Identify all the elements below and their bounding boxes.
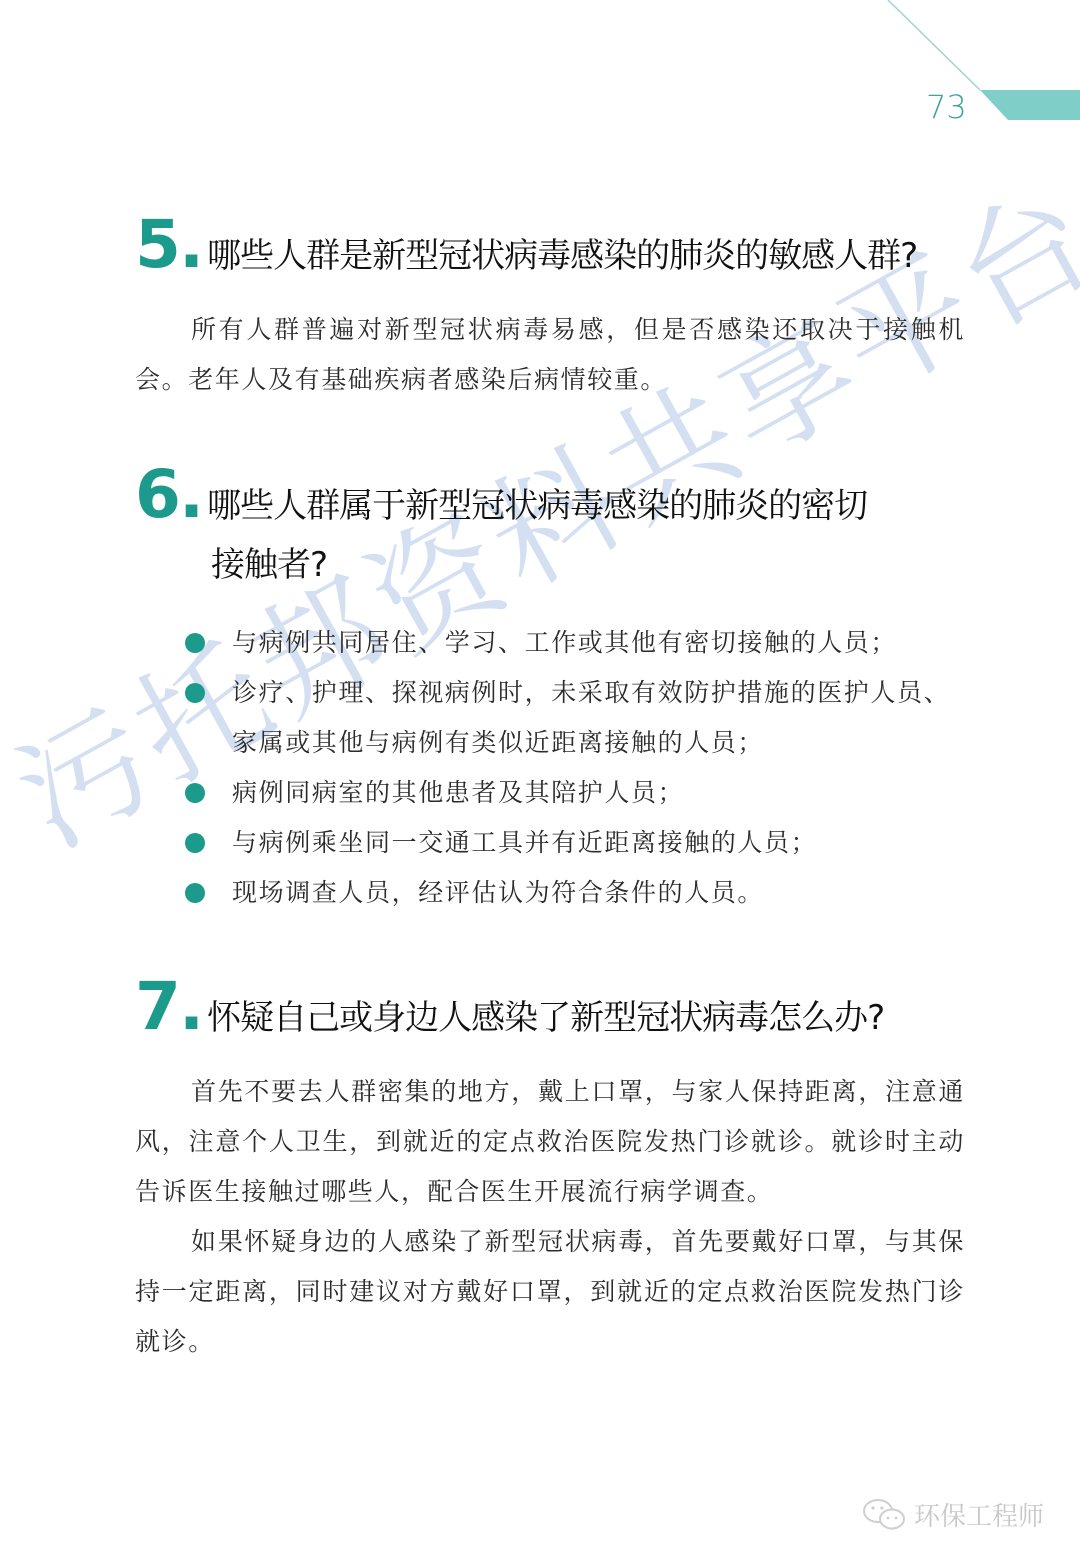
list-item: 现场调查人员，经评估认为符合条件的人员。 [182, 868, 972, 918]
section-number: 6. [135, 456, 202, 533]
bullet-icon [185, 633, 205, 653]
brand-name: 环保工程师 [914, 1496, 1044, 1533]
list-item: 与病例乘坐同一交通工具并有近距离接触的人员； [182, 818, 972, 868]
page-number: 73 [926, 88, 967, 126]
bullet-icon [185, 833, 205, 853]
list-item: 诊疗、护理、探视病例时，未采取有效防护措施的医护人员、家属或其他与病例有类似近距… [182, 668, 972, 768]
section-7-paragraph-1: 首先不要去人群密集的地方，戴上口罩，与家人保持距离，注意通风，注意个人卫生，到就… [135, 1067, 965, 1217]
list-item: 病例同病室的其他患者及其陪护人员； [182, 768, 972, 818]
bullet-icon [185, 883, 205, 903]
section-6-heading: 6. 哪些人群属于新型冠状病毒感染的肺炎的密切 接触者? [135, 456, 867, 586]
section-number: 7. [135, 968, 202, 1045]
contact-list: 与病例共同居住、学习、工作或其他有密切接触的人员； 诊疗、护理、探视病例时，未采… [182, 618, 972, 918]
footer-brand: 环保工程师 [862, 1496, 1044, 1533]
section-title: 哪些人群是新型冠状病毒感染的肺炎的敏感人群? [207, 236, 917, 276]
section-7-paragraph-2: 如果怀疑身边的人感染了新型冠状病毒，首先要戴好口罩，与其保持一定距离，同时建议对… [135, 1217, 965, 1367]
bullet-icon [185, 783, 205, 803]
section-number: 5. [135, 206, 202, 283]
section-title-line2: 接触者? [211, 537, 867, 586]
section-5-heading: 5. 哪些人群是新型冠状病毒感染的肺炎的敏感人群? [135, 206, 917, 283]
list-item: 与病例共同居住、学习、工作或其他有密切接触的人员； [182, 618, 972, 668]
section-title-line1: 哪些人群属于新型冠状病毒感染的肺炎的密切 [207, 486, 867, 526]
section-7-heading: 7. 怀疑自己或身边人感染了新型冠状病毒怎么办? [135, 968, 884, 1045]
section-5-paragraph: 所有人群普遍对新型冠状病毒易感，但是否感染还取决于接触机会。老年人及有基础疾病者… [135, 305, 965, 405]
bullet-icon [185, 683, 205, 703]
wechat-icon [862, 1497, 908, 1533]
corner-decoration [0, 0, 1080, 130]
section-title: 怀疑自己或身边人感染了新型冠状病毒怎么办? [207, 998, 884, 1038]
